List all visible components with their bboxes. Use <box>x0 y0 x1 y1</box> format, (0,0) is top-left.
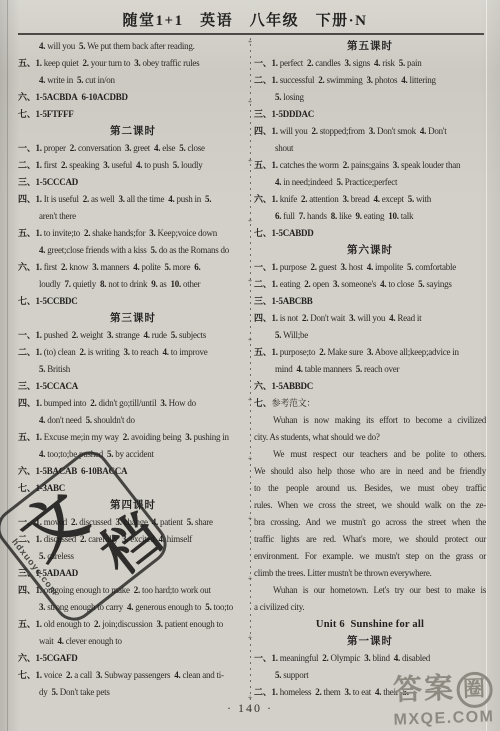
text-line: 4. will you 5. We put them back after re… <box>18 38 248 55</box>
text-line: 一、1. purpose 2. guest 3. host 4. impolit… <box>254 259 486 276</box>
text-line: 三、1-5CCACA <box>18 378 248 395</box>
text-line: 二、1. eating 2. open 3. someone's 4. to c… <box>254 276 486 293</box>
text-line: loudly 7. quietly 8. not to drink 9. as … <box>18 276 248 293</box>
text-line: 五、1. to invite;to 2. shake hands;for 3. … <box>18 225 248 242</box>
page-spine-line <box>7 0 8 731</box>
text-line: 五、1. Excuse me;in my way 2. avoiding bei… <box>18 429 248 446</box>
text-line: traffic lights are red. What's more, we … <box>254 531 486 548</box>
page-crease-line <box>486 0 487 731</box>
text-line: climb the trees. Litter mustn't be throw… <box>254 565 486 582</box>
text-line: 4. don't need 5. shouldn't do <box>18 412 248 429</box>
text-line: wait 4. clever enough to <box>18 633 248 650</box>
text-line: 4. too;to;be pushed 5. by accident <box>18 446 248 463</box>
text-line: 七、1-5FTFFF <box>18 106 248 123</box>
text-line: 一、1. pushed 2. weight 3. strange 4. rude… <box>18 327 248 344</box>
text-line: 五、1. purpose;to 2. Make sure 3. Above al… <box>254 344 486 361</box>
text-line: 六、1-5ACBDA 6-10ACDBD <box>18 89 248 106</box>
text-line: 五、1. catches the worm 2. pains;gains 3. … <box>254 157 486 174</box>
text-line: 第四课时 <box>18 497 248 514</box>
text-line: 第二课时 <box>18 123 248 140</box>
text-line: 三、1-5ADAAD <box>18 565 248 582</box>
text-line: 5. support <box>254 667 486 684</box>
text-line: 3. strong enough to carry 4. generous en… <box>18 599 248 616</box>
text-line: We must respect our teachers and be poli… <box>254 446 486 463</box>
text-line: city. As students, what should we do? <box>254 429 486 446</box>
column-divider: ++++++++++++ <box>244 38 256 702</box>
text-line: 4. in need;indeed 5. Practice;perfect <box>254 174 486 191</box>
text-line: to the people around us. Besides, we mus… <box>254 480 486 497</box>
text-line: 第三课时 <box>18 310 248 327</box>
book-title: 随堂1+1 英语 八年级 下册·N <box>0 9 490 30</box>
page-number: · 140 · <box>0 701 500 716</box>
text-line: 二、1. successful 2. swimming 3. photos 4.… <box>254 72 486 89</box>
text-line: We should also help those who are in nee… <box>254 463 486 480</box>
header-rule <box>18 33 484 35</box>
text-line: 6. full 7. hands 8. like 9. eating 10. t… <box>254 208 486 225</box>
text-line: 四、1. is not 2. Don't wait 3. will you 4.… <box>254 310 486 327</box>
text-line: dy 5. Don't take pets <box>18 684 248 701</box>
text-line: Wuhan is now making its effort to become… <box>254 412 486 429</box>
text-line: 4. write in 5. cut in/on <box>18 72 248 89</box>
text-line: 第六课时 <box>254 242 486 259</box>
text-line: 四、1. bumped into 2. didn't go;till/until… <box>18 395 248 412</box>
text-line: 5. losing <box>254 89 486 106</box>
text-line: 四、1. It is useful 2. as well 3. all the … <box>18 191 248 208</box>
text-line: 三、1-5ABCBB <box>254 293 486 310</box>
text-line: 六、1. knife 2. attention 3. bread 4. exce… <box>254 191 486 208</box>
divider-dotted-line <box>250 38 251 702</box>
text-line: a civilized city. <box>254 599 486 616</box>
text-line: 六、1-5BACAB 6-10BACCA <box>18 463 248 480</box>
text-line: aren't there <box>18 208 248 225</box>
text-line: 五、1. keep quiet 2. your turn to 3. obey … <box>18 55 248 72</box>
text-line: mind 4. table manners 5. reach over <box>254 361 486 378</box>
text-line: 七、1-3ABC <box>18 480 248 497</box>
text-line: 六、1-5ABBDC <box>254 378 486 395</box>
text-line: 七、1-5CCBDC <box>18 293 248 310</box>
text-line: 一、1. proper 2. conversation 3. greet 4. … <box>18 140 248 157</box>
text-line: 一、1. moved 2. discussed 3. change 4. pat… <box>18 514 248 531</box>
left-answer-column: 4. will you 5. We put them back after re… <box>18 38 248 701</box>
text-line: 六、1. first 2. know 3. manners 4. polite … <box>18 259 248 276</box>
right-answer-column: 第五课时一、1. perfect 2. candles 3. signs 4. … <box>254 38 486 701</box>
text-line: shout <box>254 140 486 157</box>
text-line: rules. When we cross the street, we shou… <box>254 497 486 514</box>
text-line: 六、1-5CGAFD <box>18 650 248 667</box>
text-line: 二、1. homeless 2. them 3. to eat 4. their… <box>254 684 486 701</box>
text-line: 第一课时 <box>254 633 486 650</box>
text-line: environment. For example. we mustn't ste… <box>254 548 486 565</box>
text-line: 5. Will;be <box>254 327 486 344</box>
text-line: 五、1. old enough to 2. join;discussion 3.… <box>18 616 248 633</box>
text-line: 一、1. perfect 2. candles 3. signs 4. risk… <box>254 55 486 72</box>
text-line: 七、参考范文： <box>254 395 486 412</box>
text-line: 4. greet;close friends with a kiss 5. do… <box>18 242 248 259</box>
text-line: 二、1. discussed 2. carefully 3. excited 4… <box>18 531 248 548</box>
text-line: bra crossing. And we mustn't go across t… <box>254 514 486 531</box>
text-line: 三、1-5DDDAC <box>254 106 486 123</box>
text-line: 5. British <box>18 361 248 378</box>
text-line: 七、1-5CABDD <box>254 225 486 242</box>
text-line: Unit 6 Sunshine for all <box>254 616 486 633</box>
text-line: 二、1. first 2. speaking 3. useful 4. to p… <box>18 157 248 174</box>
text-line: 5. careless <box>18 548 248 565</box>
text-line: 第五课时 <box>254 38 486 55</box>
text-line: 四、1. will you 2. stopped;from 3. Don't s… <box>254 123 486 140</box>
text-line: Wuhan is our hometown. Let's try our bes… <box>254 582 486 599</box>
text-line: 三、1-5CCCAD <box>18 174 248 191</box>
text-line: 一、1. meaningful 2. Olympic 3. blind 4. d… <box>254 650 486 667</box>
text-line: 二、1. (to) clean 2. is writing 3. to reac… <box>18 344 248 361</box>
text-line: 七、1. voice 2. a call 3. Subway passenger… <box>18 667 248 684</box>
text-line: 四、1. outgoing enough to make 2. too hard… <box>18 582 248 599</box>
